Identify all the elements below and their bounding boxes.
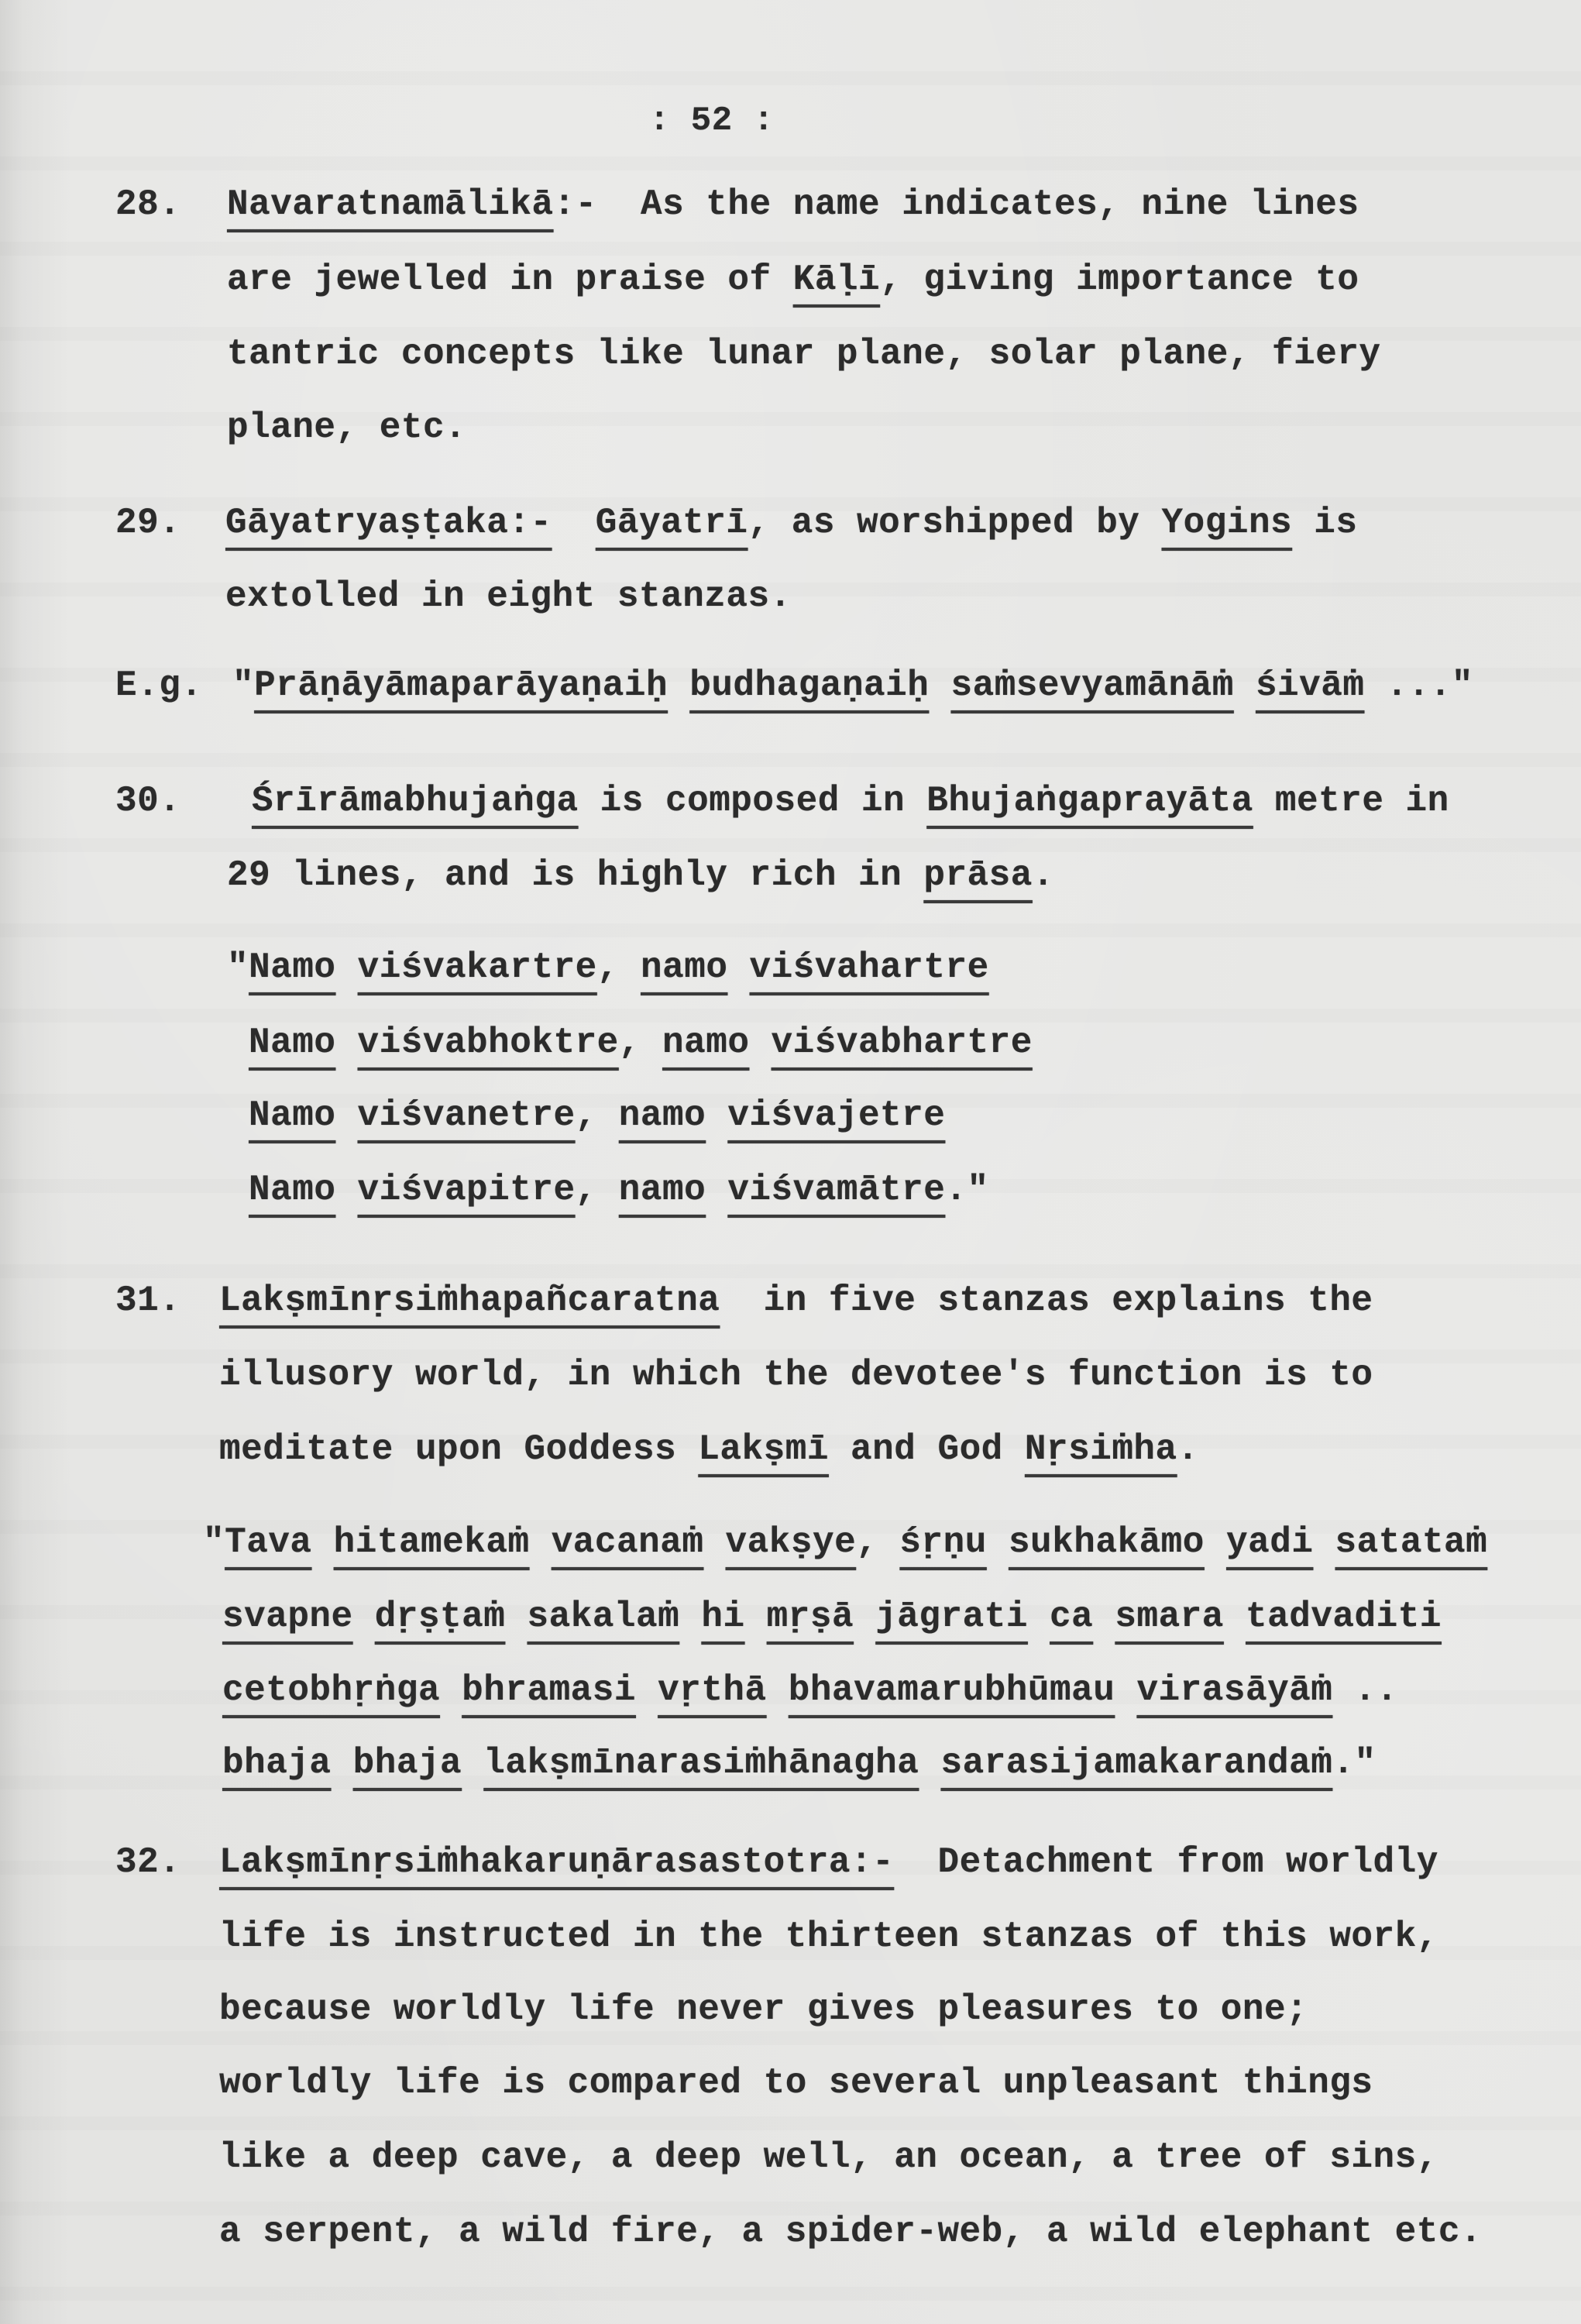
underlined-term: svapne <box>222 1597 353 1637</box>
item-31-line: illusory world, in which the devotee's f… <box>219 1357 1373 1393</box>
underlined-term: viśvapitre <box>358 1170 576 1210</box>
underlined-term: Lakṣmīnṛsiṁhakaruṇārasastotra:- <box>219 1842 894 1882</box>
underlined-term: vacanaṁ <box>552 1522 704 1563</box>
underlined-term: Bhujaṅgaprayāta <box>926 781 1253 821</box>
underlined-term: dṛṣṭaṁ <box>375 1597 506 1637</box>
text-run: Detachment from worldly <box>894 1842 1438 1882</box>
text-run <box>335 1170 357 1210</box>
underlined-term: Prāṇāyāmaparāyaṇaiḥ <box>254 665 668 706</box>
item-28-line: tantric concepts like lunar plane, solar… <box>227 336 1381 372</box>
underlined-term: hi <box>701 1597 744 1637</box>
page-number: : 52 : <box>649 104 774 138</box>
text-run <box>636 1670 658 1710</box>
text-run: in five stanzas explains the <box>720 1281 1373 1321</box>
item-31-line: Lakṣmīnṛsiṁhapañcaratna in five stanzas … <box>219 1283 1373 1318</box>
underlined-term: hitamekaṁ <box>334 1522 530 1563</box>
item-30-verse-line: Namo viśvanetre, namo viśvajetre <box>249 1098 945 1133</box>
item-31-verse-line: bhaja bhaja lakṣmīnarasiṁhānagha sarasij… <box>222 1745 1377 1781</box>
item-31-verse-line: svapne dṛṣṭaṁ sakalaṁ hi mṛṣā jāgrati ca… <box>222 1599 1442 1635</box>
text-run <box>703 1522 725 1563</box>
text-run: is composed in <box>579 781 927 821</box>
text-run <box>1115 1670 1136 1710</box>
underlined-term: bhaja <box>353 1743 462 1783</box>
text-run <box>668 665 689 706</box>
underlined-term: vṛthā <box>658 1670 767 1710</box>
text-run: meditate upon Goddess <box>219 1429 698 1470</box>
text-run <box>440 1670 462 1710</box>
text-run <box>749 1023 771 1063</box>
underlined-term: jāgrati <box>875 1597 1028 1637</box>
text-run: , <box>576 1170 619 1210</box>
text-run: because worldly life never gives pleasur… <box>219 1989 1308 2030</box>
item-30-line: Śrīrāmabhujaṅga is composed in Bhujaṅgap… <box>252 783 1449 819</box>
underlined-term: sakalaṁ <box>528 1597 680 1637</box>
text-run <box>767 1670 789 1710</box>
text-run: metre in <box>1253 781 1449 821</box>
item-number-32: 32. <box>115 1844 180 1880</box>
text-run <box>1205 1522 1226 1563</box>
text-run <box>679 1597 701 1637</box>
text-run <box>336 947 358 988</box>
underlined-term: mṛṣā <box>767 1597 854 1637</box>
text-run <box>335 1023 357 1063</box>
text-run: , <box>619 1023 662 1063</box>
underlined-term: vakṣye <box>726 1522 857 1563</box>
text-run: are jewelled in praise of <box>227 260 793 300</box>
text-run: , <box>597 947 641 988</box>
text-run <box>745 1597 767 1637</box>
item-number-28: 28. <box>115 187 180 222</box>
underlined-term: Tava <box>225 1522 311 1563</box>
text-run: , <box>576 1095 619 1136</box>
underlined-term: ca <box>1050 1597 1093 1637</box>
text-run <box>552 503 596 543</box>
text-run <box>505 1597 527 1637</box>
underlined-term: sukhakāmo <box>1009 1522 1205 1563</box>
underlined-term: namo <box>662 1023 749 1063</box>
text-run: a serpent, a wild fire, a spider-web, a … <box>219 2212 1482 2252</box>
underlined-term: Nṛsiṁha <box>1025 1429 1177 1470</box>
underlined-term: Gāyatryaṣṭaka:- <box>225 503 552 543</box>
item-28-line: Navaratnamālikā:- As the name indicates,… <box>227 187 1359 222</box>
text-run <box>335 1095 357 1136</box>
underlined-term: Navaratnamālikā <box>227 184 554 225</box>
text-run: 29 lines, and is highly rich in <box>227 855 923 896</box>
text-run <box>312 1522 334 1563</box>
text-run <box>854 1597 875 1637</box>
item-32-line: Lakṣmīnṛsiṁhakaruṇārasastotra:- Detachme… <box>219 1844 1438 1880</box>
underlined-term: yadi <box>1226 1522 1313 1563</box>
underlined-term: Namo <box>249 1023 335 1063</box>
text-run: is <box>1292 503 1357 543</box>
text-run: and God <box>829 1429 1025 1470</box>
text-run <box>727 947 749 988</box>
item-number-30: 30. <box>115 783 180 819</box>
underlined-term: Lakṣmī <box>698 1429 829 1470</box>
underlined-term: Namo <box>249 1095 335 1136</box>
text-run: .. <box>1332 1670 1397 1710</box>
text-run <box>1234 665 1256 706</box>
underlined-term: Yogins <box>1162 503 1293 543</box>
item-31-verse-line: "Tava hitamekaṁ vacanaṁ vakṣye, śṛṇu suk… <box>203 1525 1487 1560</box>
underlined-term: namo <box>641 947 727 988</box>
underlined-term: virasāyāṁ <box>1136 1670 1332 1710</box>
item-32-line: because worldly life never gives pleasur… <box>219 1992 1308 2027</box>
text-run <box>1093 1597 1115 1637</box>
underlined-term: tadvaditi <box>1246 1597 1442 1637</box>
text-run <box>332 1743 353 1783</box>
example-quote: "Prāṇāyāmaparāyaṇaiḥ budhagaṇaiḥ saṁsevy… <box>232 668 1473 703</box>
underlined-term: bhaja <box>222 1743 332 1783</box>
text-run <box>462 1743 483 1783</box>
underlined-term: cetobhṛṅga <box>222 1670 440 1710</box>
text-run <box>1313 1522 1335 1563</box>
underlined-term: Gāyatrī <box>596 503 748 543</box>
item-28-line: plane, etc. <box>227 410 466 445</box>
underlined-term: smara <box>1115 1597 1224 1637</box>
text-run <box>706 1170 727 1210</box>
text-run <box>1028 1597 1050 1637</box>
item-30-line: 29 lines, and is highly rich in prāsa. <box>227 858 1054 893</box>
text-run: :- As the name indicates, nine lines <box>554 184 1359 225</box>
text-run: plane, etc. <box>227 407 466 448</box>
text-run <box>929 665 950 706</box>
item-30-verse-line: Namo viśvabhoktre, namo viśvabhartre <box>249 1025 1033 1061</box>
item-31-verse-line: cetobhṛṅga bhramasi vṛthā bhavamarubhūma… <box>222 1673 1398 1708</box>
item-32-line: a serpent, a wild fire, a spider-web, a … <box>219 2214 1482 2250</box>
underlined-term: namo <box>619 1095 706 1136</box>
underlined-term: Namo <box>249 1170 335 1210</box>
underlined-term: saṁsevyamānāṁ <box>950 665 1233 706</box>
text-run: . <box>1033 855 1054 896</box>
underlined-term: bhavamarubhūmau <box>789 1670 1115 1710</box>
text-run: illusory world, in which the devotee's f… <box>219 1355 1373 1395</box>
underlined-term: viśvabhartre <box>772 1023 1033 1063</box>
underlined-term: viśvanetre <box>358 1095 576 1136</box>
item-number-31: 31. <box>115 1283 180 1318</box>
underlined-term: viśvabhoktre <box>358 1023 619 1063</box>
item-32-line: worldly life is compared to several unpl… <box>219 2065 1373 2101</box>
text-run: , <box>856 1522 899 1563</box>
text-run: , as worshipped by <box>748 503 1162 543</box>
underlined-term: Namo <box>249 947 335 988</box>
item-30-verse-line: Namo viśvapitre, namo viśvamātre." <box>249 1172 989 1208</box>
underlined-term: namo <box>619 1170 706 1210</box>
text-run: " <box>203 1522 225 1563</box>
item-31-line: meditate upon Goddess Lakṣmī and God Nṛs… <box>219 1432 1199 1467</box>
text-run <box>706 1095 727 1136</box>
text-run <box>530 1522 552 1563</box>
underlined-term: Śrīrāmabhujaṅga <box>252 781 579 821</box>
item-28-line: are jewelled in praise of Kāḷī, giving i… <box>227 262 1359 297</box>
underlined-term: prāsa <box>923 855 1033 896</box>
text-run <box>919 1743 940 1783</box>
text-run: ." <box>945 1170 988 1210</box>
text-run <box>1224 1597 1246 1637</box>
text-run: ..." <box>1364 665 1473 706</box>
underlined-term: budhagaṇaiḥ <box>689 665 929 706</box>
text-run: extolled in eight stanzas. <box>225 576 792 617</box>
item-32-line: like a deep cave, a deep well, an ocean,… <box>219 2140 1438 2175</box>
item-32-line: life is instructed in the thirteen stanz… <box>219 1919 1438 1954</box>
text-run: worldly life is compared to several unpl… <box>219 2063 1373 2103</box>
item-number-29: 29. <box>115 505 180 541</box>
underlined-term: satataṁ <box>1335 1522 1488 1563</box>
text-run <box>353 1597 375 1637</box>
text-run: " <box>232 665 254 706</box>
underlined-term: lakṣmīnarasiṁhānagha <box>483 1743 919 1783</box>
text-run: tantric concepts like lunar plane, solar… <box>227 334 1381 374</box>
text-run: ." <box>1332 1743 1376 1783</box>
underlined-term: viśvakartre <box>358 947 597 988</box>
text-run: . <box>1177 1429 1199 1470</box>
underlined-term: śivāṁ <box>1256 665 1365 706</box>
underlined-term: sarasijamakarandaṁ <box>940 1743 1332 1783</box>
underlined-term: viśvamātre <box>727 1170 945 1210</box>
text-run: , giving importance to <box>880 260 1359 300</box>
item-30-verse-line: "Namo viśvakartre, namo viśvahartre <box>227 950 989 985</box>
underlined-term: bhramasi <box>462 1670 636 1710</box>
item-29-line: Gāyatryaṣṭaka:- Gāyatrī, as worshipped b… <box>225 505 1358 541</box>
text-run: " <box>227 947 249 988</box>
underlined-term: Lakṣmīnṛsiṁhapañcaratna <box>219 1281 720 1321</box>
underlined-term: viśvahartre <box>750 947 989 988</box>
underlined-term: Kāḷī <box>793 260 880 300</box>
item-29-line: extolled in eight stanzas. <box>225 579 792 614</box>
text-run <box>987 1522 1009 1563</box>
underlined-term: viśvajetre <box>727 1095 945 1136</box>
text-run: like a deep cave, a deep well, an ocean,… <box>219 2137 1438 2178</box>
example-label: E.g. <box>115 668 202 703</box>
text-run: life is instructed in the thirteen stanz… <box>219 1917 1438 1957</box>
underlined-term: śṛṇu <box>899 1522 986 1563</box>
